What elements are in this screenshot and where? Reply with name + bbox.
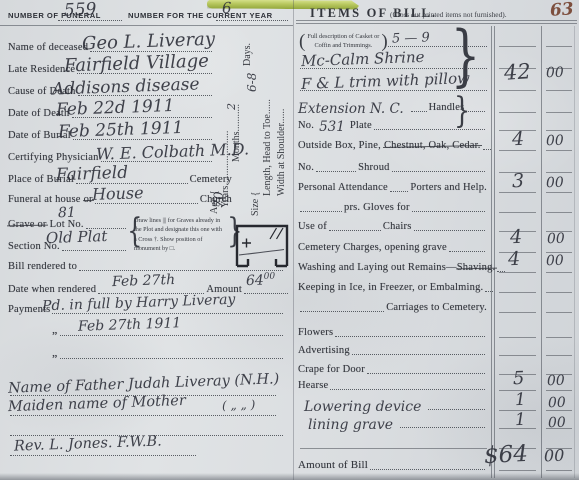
page-number: 63 <box>549 0 574 21</box>
fill-line <box>79 270 283 271</box>
hand-date-rendered: Feb 27th <box>112 273 176 289</box>
fill-line <box>316 171 356 172</box>
form-row-payments-3: „ <box>8 345 285 360</box>
struck-word: Grave or <box>8 219 47 230</box>
amount-cell-line <box>499 231 536 232</box>
fill-line <box>216 20 288 21</box>
fill-line <box>414 230 485 231</box>
hand-lowering-device: Lowering device <box>304 400 421 414</box>
field-label: Name of deceased <box>8 42 88 53</box>
fill-line <box>10 455 196 456</box>
amount-cell-line <box>546 390 572 391</box>
amount-cell-line <box>546 272 572 273</box>
amount-cell-line <box>546 231 572 232</box>
fill-line <box>392 171 485 172</box>
fill-line <box>400 427 485 428</box>
hand-casket-size: 5 — 9 <box>392 31 430 45</box>
amount-column-rule <box>494 26 495 478</box>
fill-line <box>483 149 491 150</box>
amount-cell-line <box>546 374 572 375</box>
fill-line <box>412 211 485 212</box>
amount-cell-line <box>499 68 536 69</box>
header-rule <box>0 25 293 26</box>
funeral-number-value: 559 <box>64 1 97 19</box>
hand-amount-cents: 00 <box>264 271 276 281</box>
hand-casket-trim: F & L trim with pillow <box>301 71 470 92</box>
hand-cents-lowering: 00 <box>548 396 566 411</box>
bill-row-total: Amount of Bill <box>298 456 487 471</box>
struck-options: Chestnut, Oak, Cedar. <box>384 140 481 151</box>
amount-cell-line <box>546 448 572 449</box>
size-label: Size { <box>251 180 261 216</box>
amount-cell-line <box>546 252 572 253</box>
header-rule <box>296 20 577 21</box>
fill-line <box>60 358 283 359</box>
item-label: Hearse <box>298 380 328 391</box>
item-label: Keeping in Ice, in Freezer, or Embalming… <box>298 282 483 293</box>
amount-cell-line <box>499 410 536 411</box>
bill-row-cemetery-charges: Cemetery Charges, opening grave <box>298 238 487 253</box>
total-label: Amount of Bill <box>298 459 368 471</box>
fill-line <box>370 469 485 470</box>
item-label: Personal Attendance <box>298 182 388 193</box>
bill-row-washing: Washing and Laying out Remains—Shaving. <box>298 258 487 273</box>
hand-burial-place: Fairfield <box>56 165 129 185</box>
bill-row-crape: Crape for Door <box>298 360 487 375</box>
field-label: Bill rendered to <box>8 261 77 272</box>
fill-line <box>485 291 493 292</box>
field-label: Date when rendered <box>8 284 96 295</box>
fill-line <box>10 415 276 416</box>
amount-cell-line <box>499 172 536 173</box>
amount-cell-line <box>546 312 572 313</box>
amount-cell-line <box>499 312 536 313</box>
item-label: Washing and Laying out Remains— <box>298 262 457 273</box>
field-label: Certifying Physician <box>8 152 99 163</box>
amount-cell-line <box>499 90 536 91</box>
fill-line <box>300 311 384 312</box>
bill-row-outside-box: Outside Box, Pine,Chestnut, Oak, Cedar. <box>298 136 487 151</box>
amount-column-rule <box>541 26 542 478</box>
hand-date-of-burial: Feb 25th 1911 <box>58 120 184 141</box>
fill-line <box>60 335 283 336</box>
hand-payment-2: Feb 27th 1911 <box>78 316 182 334</box>
amount-cell-line <box>546 192 572 193</box>
amount-cell-line <box>499 272 536 273</box>
size-length-label: Length, Head to Toe...... <box>263 36 273 196</box>
hand-cents-hearse: 00 <box>547 374 565 389</box>
amount-cell-line <box>499 192 536 193</box>
hand-cents-total: 00 <box>544 448 565 465</box>
amount-cell-line <box>499 212 536 213</box>
casket-label-line1: Full description of Casket or <box>307 33 379 40</box>
bill-row-attendance: Personal AttendancePorters and Help. <box>298 178 487 193</box>
fill-line <box>374 129 485 130</box>
amount-cell-line <box>546 410 572 411</box>
item-label: No. <box>298 120 314 131</box>
hand-residence: Fairfield Village <box>64 52 209 75</box>
amount-cell-line <box>546 150 572 151</box>
fill-line <box>352 354 485 355</box>
fill-line <box>428 409 485 410</box>
paren-icon: ( <box>299 33 305 50</box>
hand-casket-handles: Extension N. C. <box>298 103 404 117</box>
casket-label-line2: Coffin and Trimmings. <box>314 42 372 49</box>
amount-cell-line <box>546 470 572 471</box>
fill-line <box>58 20 122 21</box>
hand-amount-outside-box: 4 <box>512 130 525 149</box>
amount-cell-line <box>546 428 572 429</box>
bill-row-advertising: Advertising <box>298 341 487 356</box>
fill-line <box>244 293 288 294</box>
paren-icon: ) <box>381 33 387 50</box>
fill-line <box>335 336 485 337</box>
item-label: Flowers <box>298 327 333 338</box>
item-label: prs. Gloves for <box>344 202 410 213</box>
bill-row-embalming: Keeping in Ice, in Freezer, or Embalming… <box>298 278 487 293</box>
bill-row-flowers: Flowers <box>298 323 487 338</box>
plot-instruction: Draw lines ||| for Graves already in the… <box>134 216 224 253</box>
bill-row-lining: lining grave <box>298 414 487 429</box>
column-divider <box>293 0 294 480</box>
hand-lot-number: 81 <box>58 206 76 221</box>
amount-cell-line <box>546 337 572 338</box>
amount-cell-line <box>499 337 536 338</box>
amount-cell-line <box>546 212 572 213</box>
hand-cents-attendance: 00 <box>546 176 564 191</box>
field-label: Funeral at house <box>8 194 81 205</box>
amount-cell-line <box>546 112 572 113</box>
fill-line <box>52 313 283 314</box>
bill-row-carriages: Carriages to Cemetery. <box>298 298 487 313</box>
bill-row-lowering: Lowering device <box>298 396 487 411</box>
hand-cents-outside-box: 00 <box>546 134 564 149</box>
hand-date-of-death: Feb 22d 1911 <box>56 98 175 119</box>
bill-row-shroud: No.Shroud <box>298 158 487 173</box>
item-label: Shroud <box>358 162 390 173</box>
hand-size-length: 6-8 <box>246 56 258 92</box>
fill-line <box>329 230 381 231</box>
amount-cell-line <box>499 355 536 356</box>
amount-cell-line <box>546 46 572 47</box>
item-label: Porters and Help. <box>410 182 487 193</box>
bill-subtitle: (Cross out printed items not furnished). <box>390 10 507 19</box>
fill-line <box>62 250 126 251</box>
fill-line <box>449 251 485 252</box>
hand-section: Old Plat <box>46 229 108 246</box>
amount-cell-line <box>499 46 536 47</box>
amount-column-rule <box>491 26 492 478</box>
amount-cell-line <box>499 470 536 471</box>
item-label: Advertising <box>298 345 350 356</box>
current-year-value: 6 <box>222 1 232 16</box>
item-label: Plate <box>350 120 372 131</box>
bill-row-plate: No.531Plate <box>298 116 487 131</box>
amount-cell-line <box>546 355 572 356</box>
item-label: Chairs <box>383 221 412 232</box>
fill-line <box>154 435 284 436</box>
hand-cents-cemetery: 00 <box>547 232 565 247</box>
hand-amount-dollars: 64 <box>246 273 264 290</box>
item-label: No. <box>298 162 314 173</box>
amount-cell-line <box>546 68 572 69</box>
fill-line <box>330 389 485 390</box>
amount-cell-line <box>546 90 572 91</box>
item-label: Cemetery Charges, opening grave <box>298 242 447 253</box>
amount-cell-line <box>499 390 536 391</box>
hand-amount-hearse: 5 <box>513 370 525 388</box>
struck-word: Shaving. <box>457 262 496 273</box>
amount-cell-line <box>499 130 536 131</box>
amount-cell-line <box>499 292 536 293</box>
bill-row-chairs: Use ofChairs <box>298 217 487 232</box>
hand-casket-model: Mc-Calm Shrine <box>301 50 425 69</box>
amount-cell-line <box>546 292 572 293</box>
fill-line <box>367 373 485 374</box>
hand-amount-rendered: 6400 <box>246 272 276 288</box>
bill-row-hearse: Hearse <box>298 376 487 391</box>
fill-line <box>300 211 342 212</box>
amount-cell-line <box>499 448 536 449</box>
amount-cell-line <box>499 112 536 113</box>
casket-description-label: ( Full description of Casket or Coffin a… <box>299 33 388 50</box>
hand-amount-lowering: 1 <box>515 392 526 409</box>
blank-line <box>300 448 487 449</box>
hand-cents-washing: 00 <box>546 254 564 269</box>
item-label: Carriages to Cemetery. <box>386 302 487 313</box>
hand-age-years: 70 <box>213 170 226 208</box>
hand-lining-grave: lining grave <box>308 418 393 432</box>
item-label: Crape for Door <box>298 364 365 375</box>
ditto-mark: „ <box>52 345 58 360</box>
hand-amount-lining: 1 <box>515 412 526 429</box>
current-year-label: Number for the Current Year <box>128 11 273 20</box>
hand-amount-attendance: 3 <box>512 172 525 191</box>
item-label: Outside Box, Pine, <box>298 140 381 151</box>
size-width-label: Width at Shoulder...... <box>277 36 287 196</box>
fill-line <box>411 111 427 112</box>
hand-amount-total: $64 <box>483 443 528 468</box>
amount-cell-line <box>499 374 536 375</box>
amount-cell-line <box>546 172 572 173</box>
item-label: Use of <box>298 221 327 232</box>
hand-mother-ditto: ( „ „ ) <box>222 398 256 411</box>
brace-icon: } <box>451 22 481 89</box>
hand-amount-casket: 42 <box>503 61 531 84</box>
amount-cell-line <box>499 428 536 429</box>
amount-column-rule <box>574 26 575 478</box>
fill-line <box>390 191 409 192</box>
amount-cell-line <box>499 252 536 253</box>
ditto-mark: „ <box>52 322 58 337</box>
funeral-record-page: Number of Funeral 559 Number for the Cur… <box>0 0 579 480</box>
amount-cell-line <box>546 130 572 131</box>
header-rule <box>296 23 577 24</box>
bill-row-gloves: prs. Gloves for <box>298 198 487 213</box>
form-row-bill-rendered: Bill rendered to <box>8 257 285 272</box>
amount-cell-line <box>499 150 536 151</box>
hand-funeral-place: House <box>92 185 144 203</box>
hand-plate-number: 531 <box>319 121 345 135</box>
hand-age-months: 2 <box>226 92 237 110</box>
